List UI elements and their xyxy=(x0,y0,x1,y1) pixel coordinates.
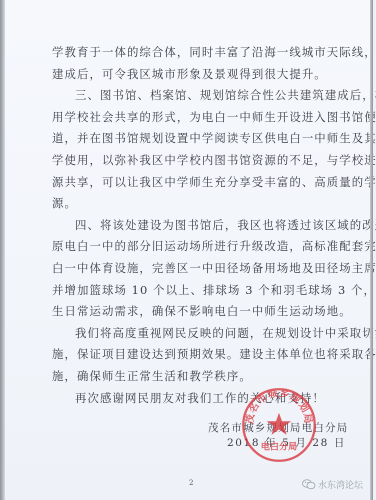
text-line: 并增加篮球场 10 个以上、排球场 3 个和羽毛球场 3 个，以满足师 xyxy=(52,280,338,302)
text-line: 学教育于一体的综合体，同时丰富了沿海一线城市天际线，项目 xyxy=(52,42,338,64)
text-line: 白一中体育设施，完善区一中田径场备用场地及田径场主席台， xyxy=(52,258,338,280)
wechat-icon xyxy=(302,479,316,490)
text-line: 源。 xyxy=(52,193,338,215)
scan-edge-right xyxy=(370,0,373,500)
text-line: 施，保证项目建设达到预期效果。建设主体单位也将采取各种措 xyxy=(52,344,338,366)
text-line: 学使用，以弥补我区中学校内图书馆资源的不足，与学校进行资 xyxy=(52,150,338,172)
text-line: 建成后，可令我区城市形象及景观得到很大提升。 xyxy=(52,64,338,86)
text-line: 生日常运动需求，确保不影响电白一中师生运动场地。 xyxy=(52,301,338,323)
text-line: 用学校社会共享的形式，为电白一中师生开设进入图书馆便捷通 xyxy=(52,107,338,129)
page-number: 2 xyxy=(189,479,193,487)
text-line: 道，并在图书馆规划设置中学阅读专区供电白一中师生及其他中 xyxy=(52,128,338,150)
watermark-text: 水东湾论坛 xyxy=(318,478,363,491)
paragraph-4-start: 四、将该处建设为图书馆后，我区也将透过该区域的改造对 xyxy=(52,215,338,237)
text-line: 源共享，可以让我区中学师生充分享受丰富的、高质量的学习资 xyxy=(52,172,338,194)
watermark: 水东湾论坛 xyxy=(302,478,363,491)
paragraph-response-start: 我们将高度重视网民反映的问题，在规划设计中采取切实措 xyxy=(52,323,338,345)
text-line: 原电白一中的部分旧运动场所进行升级改造，高标准配套完善电 xyxy=(52,236,338,258)
paragraph-3-start: 三、图书馆、档案馆、规划馆综合性公共建筑建成后，将采 xyxy=(52,85,338,107)
official-seal-icon: 茂名市城乡规划局 电白分局 xyxy=(241,387,317,463)
document-page: 学教育于一体的综合体，同时丰富了沿海一线城市天际线，项目 建成后，可令我区城市形… xyxy=(5,0,373,500)
document-body: 学教育于一体的综合体，同时丰富了沿海一线城市天际线，项目 建成后，可令我区城市形… xyxy=(52,42,338,409)
stamp-inner-text: 电白分局 xyxy=(261,440,297,452)
text-line: 施，确保师生正常生活和教学秩序。 xyxy=(52,366,338,388)
